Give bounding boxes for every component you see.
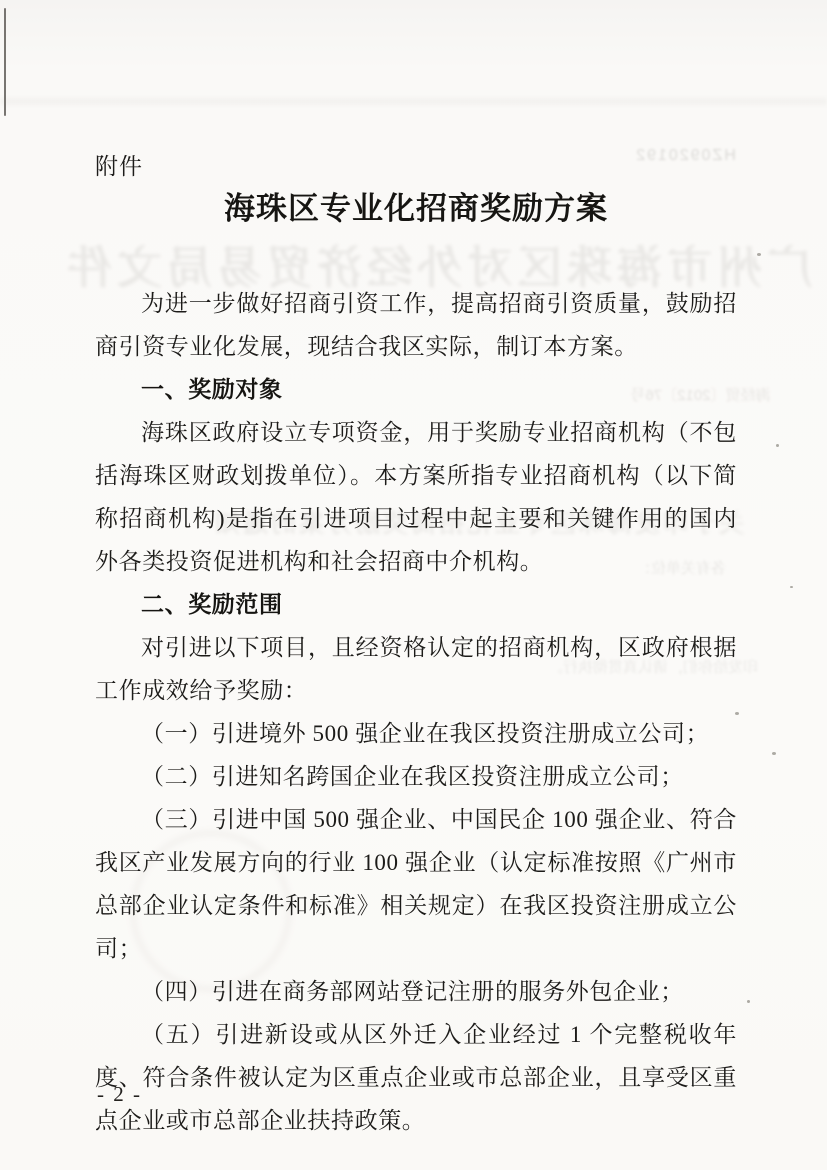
section-1-heading: 一、奖励对象 bbox=[95, 368, 737, 411]
scan-smudge-artifact bbox=[0, 98, 827, 105]
scan-speck bbox=[747, 1000, 750, 1003]
scan-speck bbox=[757, 253, 761, 256]
section-1-body: 海珠区政府设立专项资金，用于奖励专业招商机构（不包括海珠区财政划拨单位）。本方案… bbox=[95, 411, 737, 583]
section-2-heading: 二、奖励范围 bbox=[95, 583, 737, 626]
attachment-label: 附件 bbox=[95, 152, 737, 182]
scan-speck bbox=[772, 752, 776, 755]
page-number: - 2 - bbox=[97, 1082, 142, 1107]
reward-item-3: （三）引进中国 500 强企业、中国民企 100 强企业、符合我区产业发展方向的… bbox=[95, 798, 737, 970]
scanned-document-page: HZ0920192 广州市海珠区对外经济贸易局文件 海经贸〔2012〕76号 关… bbox=[0, 0, 827, 1170]
scan-speck bbox=[776, 444, 779, 447]
document-content: 附件 海珠区专业化招商奖励方案 为进一步做好招商引资工作，提高招商引资质量，鼓励… bbox=[95, 152, 737, 1142]
intro-paragraph: 为进一步做好招商引资工作，提高招商引资质量，鼓励招商引资专业化发展，现结合我区实… bbox=[95, 282, 737, 368]
section-2-intro: 对引进以下项目，且经资格认定的招商机构，区政府根据工作成效给予奖励： bbox=[95, 626, 737, 712]
reward-item-1: （一）引进境外 500 强企业在我区投资注册成立公司； bbox=[95, 712, 737, 755]
reward-item-2: （二）引进知名跨国企业在我区投资注册成立公司； bbox=[95, 755, 737, 798]
reward-item-4: （四）引进在商务部网站登记注册的服务外包企业； bbox=[95, 970, 737, 1013]
scan-speck bbox=[790, 586, 793, 588]
reward-item-5: （五）引进新设或从区外迁入企业经过 1 个完整税收年度、符合条件被认定为区重点企… bbox=[95, 1013, 737, 1142]
document-title: 海珠区专业化招商奖励方案 bbox=[95, 188, 737, 230]
